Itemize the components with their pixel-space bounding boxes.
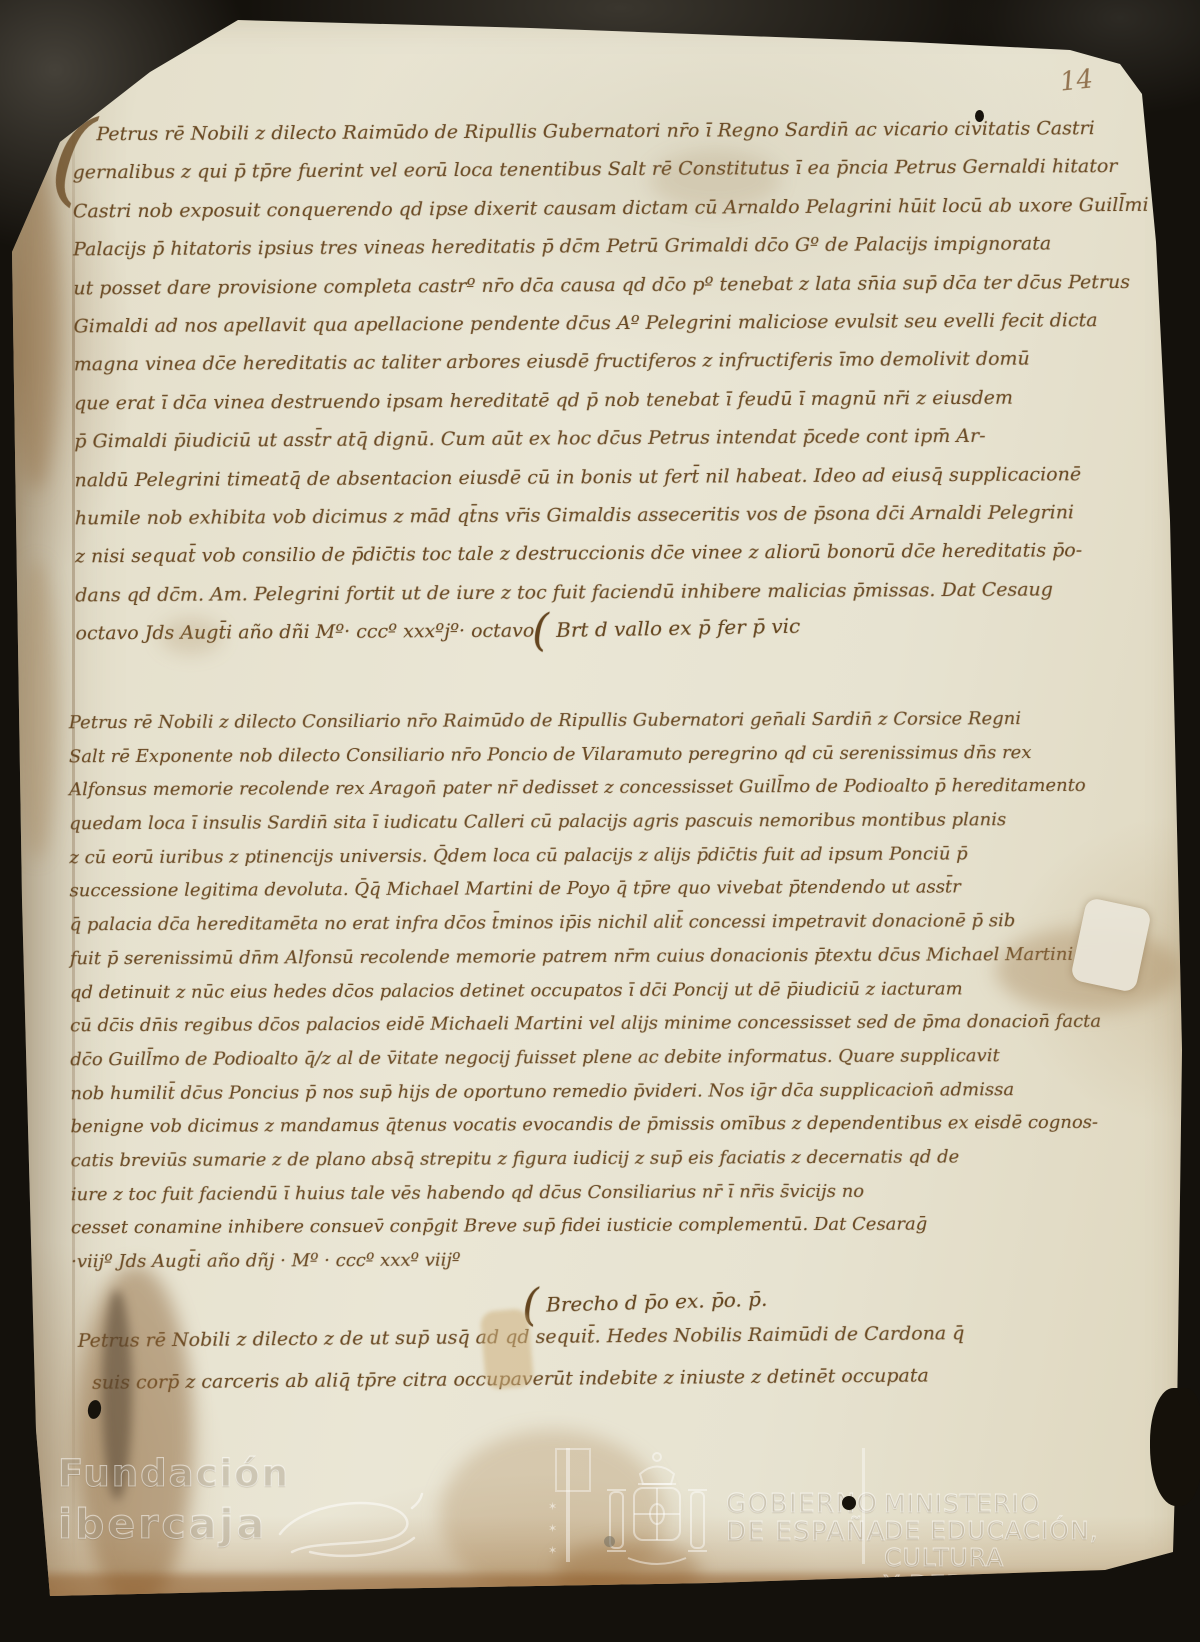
manuscript-line: successione legitima devoluta. Q̄q̄ Mich… xyxy=(69,876,1100,914)
manuscript-line: benigne vob dicimus z mandamus q̄tenus v… xyxy=(71,1112,1102,1150)
manuscript-line: naldū Pelegrini timeatq̄ de absentacion … xyxy=(74,462,1179,507)
gobierno-stars: ✶ ✶ ✶ xyxy=(548,1496,562,1562)
chancery-note-2: (Brecho d p̄o ex. p̄o. p̄. xyxy=(522,1287,768,1317)
stain xyxy=(12,160,60,490)
folio-number: 14 xyxy=(1059,64,1095,97)
archive-photo-background: 14 ( Petrus rē Nobili z dilecto Raimūdo … xyxy=(0,0,1200,1642)
spain-coat-of-arms-watermark xyxy=(598,1450,716,1568)
manuscript-line: iure z toc fuit faciendū ī huius tale vē… xyxy=(71,1179,1102,1217)
manuscript-line: cū dc̄is dn̄is regibus dc̄os palacios ei… xyxy=(70,1011,1101,1049)
manuscript-line: q̄ palacia dc̄a hereditamēta no erat inf… xyxy=(70,910,1101,948)
manuscript-line: Salt rē Exponente nob dilecto Consiliari… xyxy=(69,741,1100,779)
manuscript-line: ut posset dare provisione completa castr… xyxy=(73,270,1178,315)
ink-spot xyxy=(604,1536,615,1547)
watermark-divider-bar xyxy=(862,1448,865,1564)
manuscript-line: Palacijs p̄ hitatoris ipsius tres vineas… xyxy=(73,232,1178,277)
manuscript-line: quedam loca ī insulis Sardin̄ sita ī iud… xyxy=(69,809,1100,847)
manuscript-line: p̄ Gimaldi p̄iudiciū ut asst̄r atq̄ dign… xyxy=(74,424,1179,469)
page-bottom-edge xyxy=(10,1574,1195,1602)
ministerio-line2: DE EDUCACIÓN, CULTURA xyxy=(884,1517,1195,1571)
manuscript-line: dc̄o Guill̄mo de Podioalto q̄/z al de v̄… xyxy=(70,1045,1101,1083)
chancery-note-text: Brt d vallo ex p̄ fer p̄ vic xyxy=(556,614,800,642)
gobierno-flag-bar xyxy=(566,1448,570,1562)
manuscript-line: qd detinuit z nūc eius hedes dc̄os palac… xyxy=(70,977,1101,1015)
gobierno-flag-box xyxy=(555,1448,591,1492)
paren-mark: ( xyxy=(532,605,550,656)
ibercaja-swoosh-icon xyxy=(262,1486,427,1574)
stain xyxy=(16,560,58,860)
worm-hole xyxy=(842,1496,856,1510)
manuscript-line: Alfonsus memorie recolende rex Aragon̄ p… xyxy=(69,775,1100,813)
manuscript-page: 14 ( Petrus rē Nobili z dilecto Raimūdo … xyxy=(10,0,1195,1616)
repair-patch xyxy=(480,1308,535,1390)
background-shadow-blob xyxy=(1150,1388,1200,1506)
manuscript-line: gernalibus z qui p̄ tp̄re fuerint vel eo… xyxy=(73,155,1178,200)
manuscript-line: ·viijº Jds Augt̄i año dñj · Mº · cccº xx… xyxy=(71,1247,1102,1285)
ministerio-watermark-text: MINISTERIO DE EDUCACIÓN, CULTURA Y DEPOR… xyxy=(884,1490,1195,1598)
manuscript-line: Gimaldi ad nos apellavit qua apellacione… xyxy=(74,309,1179,354)
ibercaja-watermark-line1: Fundación xyxy=(58,1452,290,1495)
manuscript-line: z nisi sequat̄ vob consilio de p̄dic̄tis… xyxy=(75,539,1180,584)
manuscript-line: Petrus rē Nobili z dilecto Raimūdo de Ri… xyxy=(72,117,1177,162)
manuscript-line: fuit p̄ serenissimū dn̄m Alfonsū recolen… xyxy=(70,944,1101,982)
ministerio-line1: MINISTERIO xyxy=(884,1490,1195,1517)
manuscript-line: magna vinea dc̄e hereditatis ac taliter … xyxy=(74,347,1179,392)
manuscript-line: que erat ī dc̄a vinea destruendo ipsam h… xyxy=(74,385,1179,430)
text-block-royal-letter-1: Petrus rē Nobili z dilecto Raimūdo de Ri… xyxy=(72,117,1180,661)
manuscript-line: cesset conamine inhibere consuev̄ conp̄g… xyxy=(71,1213,1102,1251)
manuscript-line: Petrus rē Nobili z dilecto Consiliario n… xyxy=(69,708,1100,746)
manuscript-line: nob humilit̄ dc̄us Poncius p̄ nos sup̄ h… xyxy=(70,1078,1101,1116)
chancery-note-text: Brecho d p̄o ex. p̄o. p̄. xyxy=(546,1287,768,1317)
manuscript-line: z cū eorū iuribus z ptinencijs universis… xyxy=(69,843,1100,881)
worm-hole xyxy=(975,110,984,122)
manuscript-line: Castri nob exposuit conquerendo qd ipse … xyxy=(73,193,1178,238)
stain xyxy=(650,150,780,210)
text-block-royal-letter-2: Petrus rē Nobili z dilecto Consiliario n… xyxy=(69,708,1102,1285)
stain xyxy=(160,618,222,654)
ibercaja-watermark-line2: ibercaja xyxy=(58,1500,267,1548)
chancery-note-1: (Brt d vallo ex p̄ fer p̄ vic xyxy=(532,614,801,643)
ministerio-line3: Y DEPORTE xyxy=(884,1571,1195,1598)
manuscript-line: catis breviūs sumarie z de plano absq̄ s… xyxy=(71,1146,1102,1184)
